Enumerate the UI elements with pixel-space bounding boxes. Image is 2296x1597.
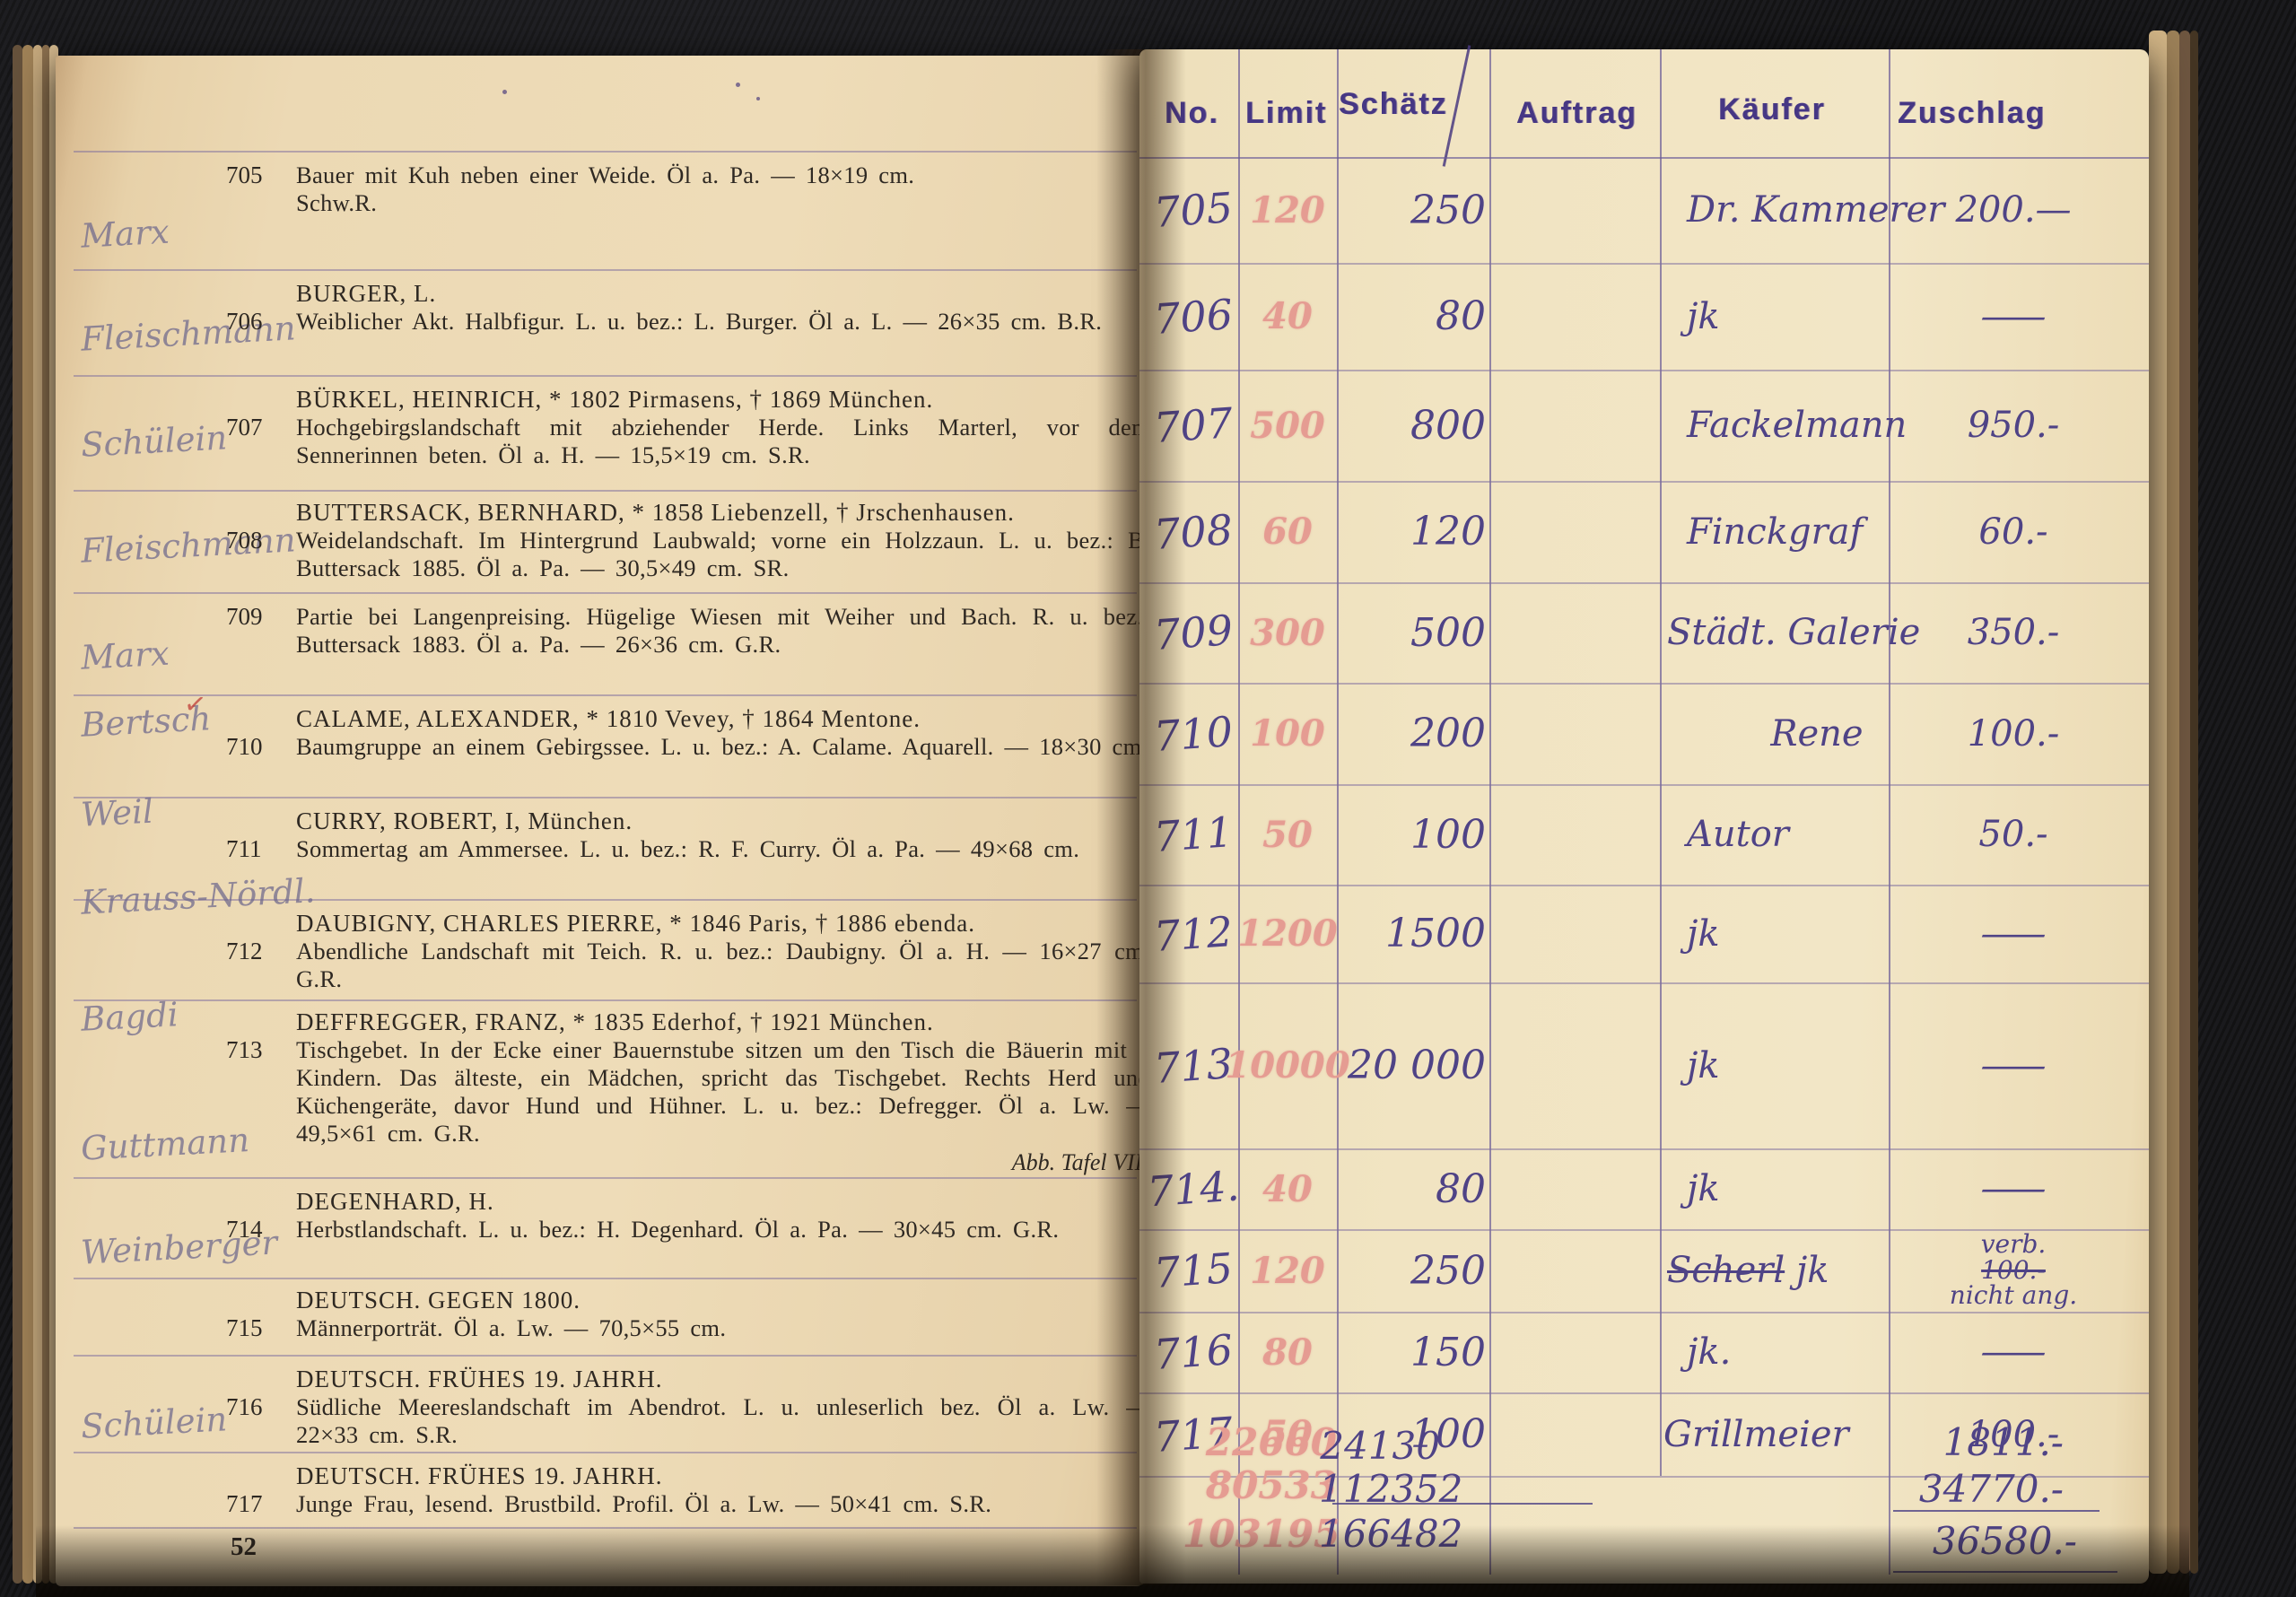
page-edge-strip	[2149, 31, 2167, 1574]
cell-buyer: Scherl jk	[1662, 1229, 1927, 1312]
limit-total-2: 80533	[1193, 1463, 1337, 1507]
ledger-row-714: 714. 40 80 jk —	[1139, 1148, 2149, 1229]
cell-estimate: 120	[1335, 481, 1491, 582]
struck-price: 100.-	[1981, 1258, 2046, 1284]
cell-buyer: Städt. Galerie	[1662, 582, 1927, 683]
ledger-row-709: 709 300 500 Städt. Galerie 350.-	[1139, 582, 2149, 683]
lot-number: 715	[226, 1314, 263, 1342]
cell-lot-no: 707	[1143, 367, 1244, 484]
cell-limit: 120	[1240, 1229, 1335, 1312]
rule-line	[74, 1452, 1137, 1453]
cell-hammer-price: —	[1891, 982, 2135, 1148]
cell-hammer-price: 100.-	[1891, 683, 2135, 784]
rule-line	[74, 1355, 1137, 1357]
cell-limit: 80	[1240, 1312, 1335, 1392]
lot-number: 707	[226, 414, 263, 441]
page-edge-strip	[2167, 31, 2179, 1574]
lot-description: Weiblicher Akt. Halbfigur. L. u. bez.: L…	[296, 308, 1150, 336]
cell-lot-no: 708	[1143, 478, 1244, 586]
cell-estimate: 80	[1335, 263, 1491, 370]
catalog-entry-710: CALAME, ALEXANDER, * 1810 Vevey, † 1864 …	[226, 705, 1150, 761]
lot-number: 717	[226, 1490, 263, 1518]
lot-description: Abendliche Landschaft mit Teich. R. u. b…	[296, 938, 1150, 993]
ink-speck	[736, 83, 740, 87]
cell-hammer-price: verb. 100.- nicht ang.	[1891, 1229, 2135, 1312]
estimate-total-1: 24130	[1319, 1424, 1440, 1468]
lot-description: Bauer mit Kuh neben einer Weide. Öl a. P…	[296, 161, 1150, 217]
artist-heading: DEUTSCH. FRÜHES 19. JAHRH.	[296, 1462, 1150, 1490]
cell-limit: 50	[1240, 784, 1335, 885]
page-edge-strip	[33, 45, 42, 1584]
ledger-row-716: 716 80 150 jk. —	[1139, 1312, 2149, 1392]
cell-limit: 300	[1240, 582, 1335, 683]
lot-description: Tischgebet. In der Ecke einer Bauernstub…	[296, 1036, 1150, 1148]
catalog-entry-712: DAUBIGNY, CHARLES PIERRE, * 1846 Paris, …	[226, 910, 1150, 993]
cell-hammer-price: 200.—	[1891, 157, 2135, 263]
page-edge-strip	[2179, 31, 2190, 1574]
artist-heading: CURRY, ROBERT, I, München.	[296, 807, 1150, 835]
lot-number: 714	[226, 1216, 263, 1244]
page-edge-strip	[42, 45, 49, 1584]
sum-rule	[1893, 1571, 2117, 1573]
cell-limit: 500	[1240, 370, 1335, 481]
cell-estimate: 150	[1335, 1312, 1491, 1392]
column-header-zuschlag: Zuschlag	[1898, 96, 2046, 131]
cell-hammer-price: —	[1891, 1148, 2135, 1229]
cell-estimate: 100	[1335, 784, 1491, 885]
cell-buyer: Grillmeier	[1662, 1392, 1924, 1476]
ledger-row-706: 706 40 80 jk —	[1139, 263, 2149, 370]
catalog-entry-707: BÜRKEL, HEINRICH, * 1802 Pirmasens, † 18…	[226, 386, 1150, 469]
catalog-entry-705: 705 Bauer mit Kuh neben einer Weide. Öl …	[226, 161, 1150, 217]
cell-estimate: 250	[1335, 1229, 1491, 1312]
lot-number: 709	[226, 603, 263, 631]
lot-description: Junge Frau, lesend. Brustbild. Profil. Ö…	[296, 1490, 1150, 1518]
cell-hammer-price: 60.-	[1891, 481, 2135, 582]
cell-hammer-price: —	[1891, 263, 2135, 370]
cell-estimate: 200	[1335, 683, 1491, 784]
artist-heading: DEGENHARD, H.	[296, 1188, 1150, 1216]
artist-heading: BUTTERSACK, BERNHARD, * 1858 Liebenzell,…	[296, 499, 1150, 527]
artist-heading: CALAME, ALEXANDER, * 1810 Vevey, † 1864 …	[296, 705, 1150, 733]
cell-limit: 120	[1240, 157, 1335, 263]
ledger-row-711: 711 50 100 Autor 50.-	[1139, 784, 2149, 885]
estimate-total-3: 166482	[1319, 1512, 1452, 1556]
ink-speck	[502, 90, 507, 94]
note-nicht-ang: nicht ang.	[1950, 1283, 2077, 1309]
lot-number: 708	[226, 527, 263, 554]
lot-description: Männerporträt. Öl a. Lw. — 70,5×55 cm.	[296, 1314, 1150, 1342]
cell-hammer-price: —	[1891, 885, 2135, 982]
cell-limit: 40	[1240, 263, 1335, 370]
artist-heading: DAUBIGNY, CHARLES PIERRE, * 1846 Paris, …	[296, 910, 1150, 938]
lot-description: Südliche Meereslandschaft im Abendrot. L…	[296, 1393, 1150, 1449]
rule-line	[74, 375, 1137, 377]
ledger-row-715: 715 120 250 Scherl jk verb. 100.- nicht …	[1139, 1229, 2149, 1312]
cell-estimate: 800	[1335, 370, 1491, 481]
ledger-row-712: 712 1200 1500 jk —	[1139, 885, 2149, 982]
cell-lot-no: 705	[1143, 154, 1244, 266]
artist-heading: BÜRKEL, HEINRICH, * 1802 Pirmasens, † 18…	[296, 386, 1150, 414]
lot-description: Herbstlandschaft. L. u. bez.: H. Degenha…	[296, 1216, 1150, 1244]
lot-number: 705	[226, 161, 263, 189]
cell-limit: 100	[1240, 683, 1335, 784]
rule-line	[74, 269, 1137, 271]
cell-hammer-price: 50.-	[1891, 784, 2135, 885]
catalog-entry-717: DEUTSCH. FRÜHES 19. JAHRH. 717 Junge Fra…	[226, 1462, 1150, 1518]
catalog-entry-708: BUTTERSACK, BERNHARD, * 1858 Liebenzell,…	[226, 499, 1150, 582]
red-checkmark: ✓	[182, 687, 209, 721]
sum-rule	[1893, 1510, 2100, 1512]
note-verb: verb.	[1981, 1232, 2047, 1258]
lot-number: 716	[226, 1393, 263, 1421]
rule-line	[74, 1527, 1137, 1529]
cell-lot-no: 706	[1143, 260, 1244, 373]
column-header-schaetz: Schätz	[1339, 87, 1448, 122]
cell-lot-no: 714.	[1144, 1145, 1243, 1232]
hammer-total-1: 1811.-	[1911, 1420, 2064, 1464]
catalog-page: Marx Fleischmann Schülein Fleischmann Ma…	[56, 56, 1148, 1586]
catalog-entry-716: DEUTSCH. FRÜHES 19. JAHRH. 716 Südliche …	[226, 1366, 1150, 1449]
photographed-ledger-book: Marx Fleischmann Schülein Fleischmann Ma…	[0, 0, 2296, 1597]
column-header-auftrag: Auftrag	[1516, 96, 1637, 131]
cell-limit: 60	[1240, 481, 1335, 582]
column-header-no: No.	[1165, 96, 1219, 131]
artist-heading: DEUTSCH. GEGEN 1800.	[296, 1287, 1150, 1314]
column-header-kaeufer: Käufer	[1718, 92, 1826, 127]
plate-reference: Abb. Tafel VIII	[296, 1148, 1150, 1177]
cell-lot-no: 716	[1144, 1308, 1243, 1395]
ledger-row-710: 710 100 200 Rene 100.-	[1139, 683, 2149, 784]
cell-hammer-price: 350.-	[1891, 582, 2135, 683]
rule-line	[74, 1177, 1137, 1179]
cell-estimate: 1500	[1335, 885, 1491, 982]
cell-estimate: 20 000	[1335, 982, 1491, 1148]
artist-heading: DEFFREGGER, FRANZ, * 1835 Ederhof, † 192…	[296, 1008, 1150, 1036]
cell-limit: 10000	[1240, 982, 1335, 1148]
catalog-entry-711: CURRY, ROBERT, I, München. 711 Sommertag…	[226, 807, 1150, 863]
catalog-entry-709: 709 Partie bei Langenpreising. Hügelige …	[226, 603, 1150, 659]
catalog-entry-715: DEUTSCH. GEGEN 1800. 715 Männerporträt. …	[226, 1287, 1150, 1342]
column-header-limit: Limit	[1245, 96, 1327, 131]
catalog-entry-713: DEFFREGGER, FRANZ, * 1835 Ederhof, † 192…	[226, 1008, 1150, 1177]
cell-estimate: 250	[1335, 157, 1491, 263]
cell-estimate: 80	[1335, 1148, 1491, 1229]
hammer-total-2: 34770.-	[1902, 1467, 2064, 1511]
artist-heading: BURGER, L.	[296, 280, 1150, 308]
lot-number: 713	[226, 1036, 263, 1064]
hammer-total-3: 36580.-	[1902, 1519, 2077, 1563]
cell-hammer-price: —	[1891, 1312, 2135, 1392]
rule-line	[74, 1278, 1137, 1279]
cell-limit: 1200	[1240, 885, 1335, 982]
page-edge-strip	[22, 45, 33, 1584]
ledger-row-705: 705 120 250 Dr. Kammerer 200.—	[1139, 157, 2149, 263]
lot-number: 712	[226, 938, 263, 965]
rule-line	[74, 490, 1137, 492]
ledger-row-708: 708 60 120 Finckgraf 60.-	[1139, 481, 2149, 582]
lot-number: 706	[226, 308, 263, 336]
cell-lot-no: 710	[1143, 680, 1244, 788]
limit-total-1: 22660	[1193, 1420, 1337, 1464]
page-number: 52	[231, 1532, 257, 1562]
sum-rule	[1332, 1503, 1593, 1505]
cell-lot-no: 711	[1143, 781, 1244, 888]
cell-limit: 40	[1240, 1148, 1335, 1229]
catalog-entry-714: DEGENHARD, H. 714 Herbstlandschaft. L. u…	[226, 1188, 1150, 1244]
cell-lot-no: 715	[1144, 1226, 1243, 1314]
cell-estimate: 500	[1335, 582, 1491, 683]
lot-number: 711	[226, 835, 262, 863]
page-edge-strip	[2190, 31, 2198, 1574]
ledger-row-707: 707 500 800 Fackelmann 950.-	[1139, 370, 2149, 481]
cell-hammer-price: 950.-	[1891, 370, 2135, 481]
artist-heading: DEUTSCH. FRÜHES 19. JAHRH.	[296, 1366, 1150, 1393]
lot-description: Sommertag am Ammersee. L. u. bez.: R. F.…	[296, 835, 1150, 863]
cell-lot-no: 712	[1143, 882, 1243, 986]
limit-total-3: 103195	[1183, 1512, 1337, 1556]
rule-line	[74, 592, 1137, 594]
rule-line	[74, 151, 1137, 153]
lot-description: Weidelandschaft. Im Hintergrund Laubwald…	[296, 527, 1150, 582]
lot-number: 710	[226, 733, 263, 761]
cell-lot-no: 709	[1143, 580, 1244, 686]
lot-description: Hochgebirgslandschaft mit abziehender He…	[296, 414, 1150, 469]
ledger-page: No. Limit Schätz Auftrag Käufer Zuschlag…	[1139, 49, 2149, 1584]
lot-description: Baumgruppe an einem Gebirgssee. L. u. be…	[296, 733, 1150, 761]
ink-speck	[756, 97, 760, 100]
lot-description: Partie bei Langenpreising. Hügelige Wies…	[296, 603, 1150, 659]
rule-line	[74, 694, 1137, 696]
catalog-entry-706: BURGER, L. 706 Weiblicher Akt. Halbfigur…	[226, 280, 1150, 336]
struck-buyer-name: Scherl	[1667, 1250, 1785, 1291]
ledger-row-713: 713 10000 20 000 jk —	[1139, 982, 2149, 1148]
page-edge-strip	[13, 45, 22, 1584]
